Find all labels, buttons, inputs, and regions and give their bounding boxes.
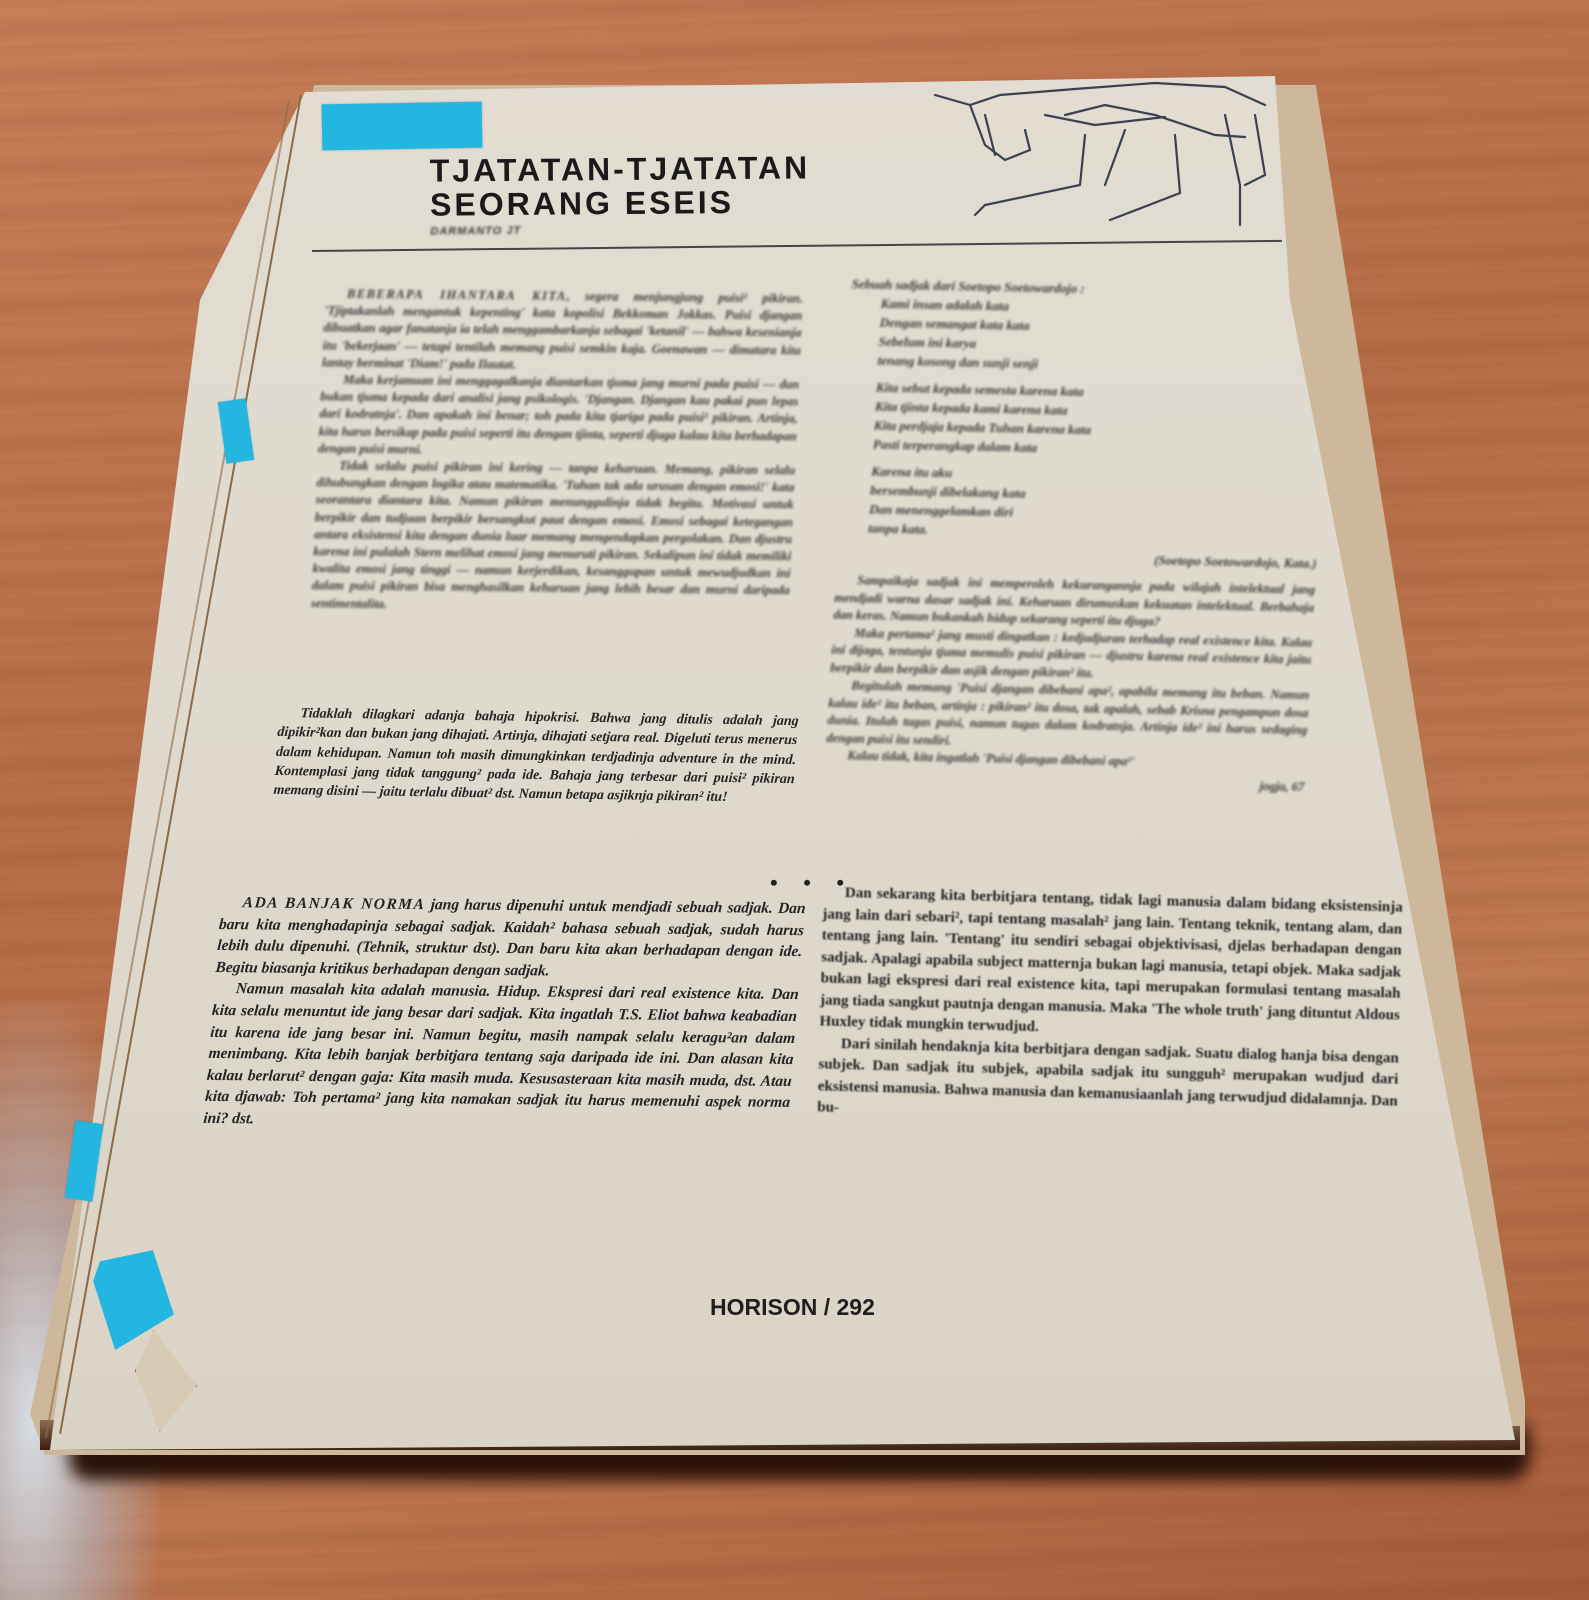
paragraph: Dan sekarang kita berbitjara tentang, ti… <box>819 882 1403 1048</box>
poem-stanza: Kita sebut kepada semesta karena kataKit… <box>872 377 1326 462</box>
lower-left-column: ADA BANJAK NORMA jang harus dipenuhi unt… <box>202 892 806 1135</box>
magazine-page <box>0 0 1589 1600</box>
poem-attribution: (Soetopo Soetowardojo, Kata.) <box>836 544 1317 572</box>
paragraph: Namun masalah kita adalah manusia. Hidup… <box>202 978 799 1135</box>
article-title-line2: SEORANG ESEIS <box>430 184 811 221</box>
paragraph: Dari sinilah hendaknja kita berbitjara d… <box>817 1033 1399 1134</box>
left-column-lower: Tidaklah dilagkari adanja bahaja hipokri… <box>273 704 800 809</box>
paragraph: Begitulah memang 'Puisi djangan dibebani… <box>826 677 1310 757</box>
lower-right-column: Dan sekarang kita berbitjara tentang, ti… <box>817 882 1403 1134</box>
poem-stanza: Karena itu akubersembunji dibelakang kat… <box>868 461 1322 546</box>
page-footer: HORISON / 292 <box>710 1294 875 1321</box>
lead-in: ADA BANJAK NORMA <box>242 894 426 913</box>
right-column: Sebuah sadjak dari Soetopo Soetowardojo … <box>824 275 1332 796</box>
poem-stanza: Kami insan adalah kataDengan semangat ka… <box>877 293 1331 378</box>
paragraph: Maka kerjamuan ini menggagalkanja dianta… <box>318 372 800 463</box>
article-title-line1: TJATATAN-TJATATAN <box>430 150 811 187</box>
lead-in: BEBERAPA IHANTARA KITA <box>347 287 567 303</box>
poem: Kami insan adalah kataDengan semangat ka… <box>868 293 1332 546</box>
left-column: BEBERAPA IHANTARA KITA, segera menjungju… <box>311 286 804 618</box>
article-header: TJATATAN-TJATATAN SEORANG ESEIS DARMANTO… <box>430 150 811 237</box>
tape-tab[interactable] <box>322 102 483 151</box>
paragraph: Sampaikaja sadjak ini memperoleh kekuran… <box>833 572 1316 635</box>
paragraph: Tidak selalu puisi pikiran ini kering — … <box>311 458 796 618</box>
paragraph: Tidaklah dilagkari adanja bahaja hipokri… <box>273 704 800 809</box>
animal-sketch-icon <box>925 75 1285 235</box>
